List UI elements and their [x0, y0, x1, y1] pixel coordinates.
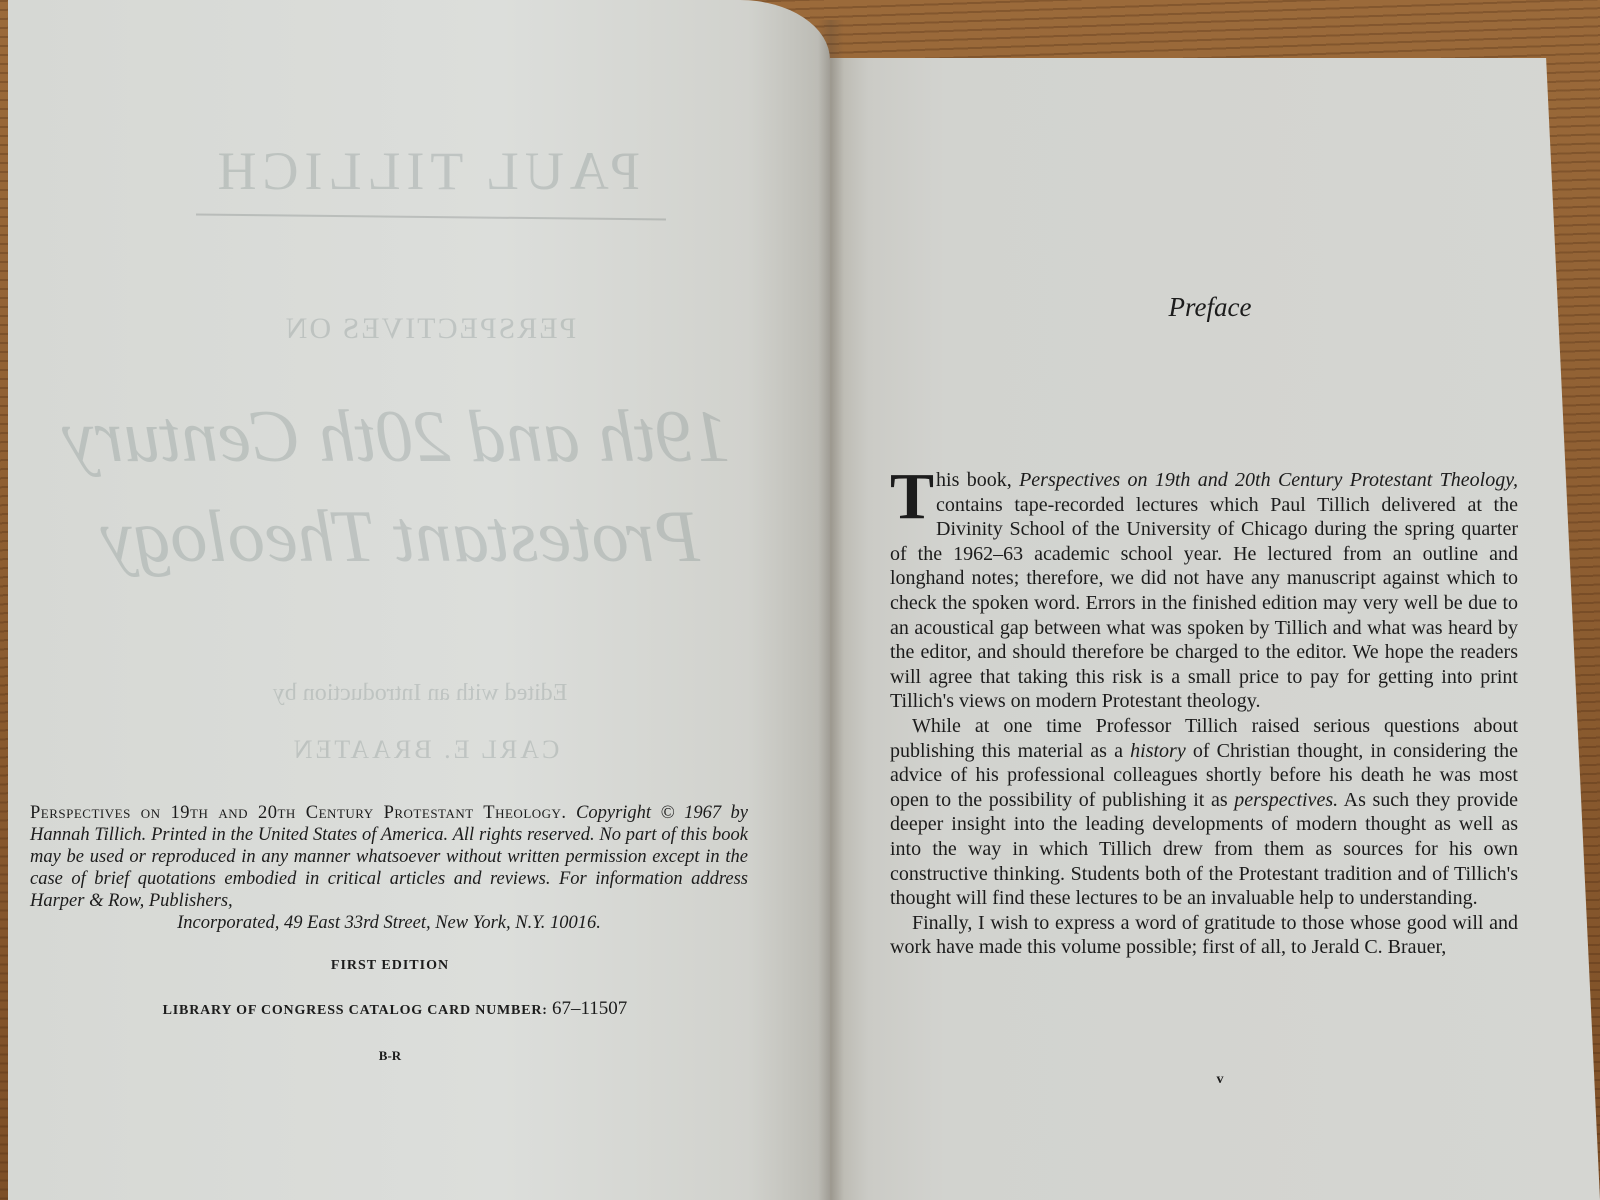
preface-body: This book, Perspectives on 19th and 20th…	[890, 468, 1518, 960]
preface-paragraph-2: While at one time Professor Tillich rais…	[890, 714, 1518, 911]
paragraph-text: contains tape-recorded lectures which Pa…	[890, 494, 1518, 713]
copyright-notice: Perspectives on 19th and 20th Century Pr…	[30, 802, 748, 934]
preface-paragraph-3: Finally, I wish to express a word of gra…	[890, 911, 1518, 960]
print-code: B-R	[360, 1048, 420, 1064]
emphasis-perspectives: perspectives.	[1234, 789, 1338, 811]
bleed-through-editor: CARL E. BRAATEN	[280, 735, 570, 765]
drop-cap: T	[890, 472, 934, 522]
lccn-line: LIBRARY OF CONGRESS CATALOG CARD NUMBER:…	[110, 998, 680, 1020]
lccn-number: 67–11507	[552, 998, 627, 1019]
bleed-through-title-line1: 19th and 20th Century	[100, 395, 730, 480]
bleed-through-intro: Edited with an Introduction by	[190, 680, 650, 707]
preface-paragraph-1: This book, Perspectives on 19th and 20th…	[890, 468, 1518, 714]
bleed-through-subtitle: PERSPECTIVES ON	[250, 312, 610, 346]
bleed-through-author: PAUL TILLICH	[220, 140, 640, 202]
preface-title: Preface	[1110, 292, 1310, 323]
lccn-label: LIBRARY OF CONGRESS CATALOG CARD NUMBER:	[163, 1003, 548, 1018]
emphasis-history: history	[1130, 740, 1186, 762]
book-title-italic: Perspectives on 19th and 20th Century Pr…	[1019, 469, 1518, 491]
copyright-address: Incorporated, 49 East 33rd Street, New Y…	[30, 912, 748, 934]
book-gutter	[818, 20, 844, 1200]
edition-label: FIRST EDITION	[160, 958, 620, 974]
paragraph-text: his book,	[936, 469, 1019, 491]
page-number: v	[1205, 1072, 1235, 1088]
bleed-through-title-line2: Protestant Theology	[130, 495, 700, 580]
copyright-book-title: Perspectives on 19th and 20th Century Pr…	[30, 803, 567, 823]
